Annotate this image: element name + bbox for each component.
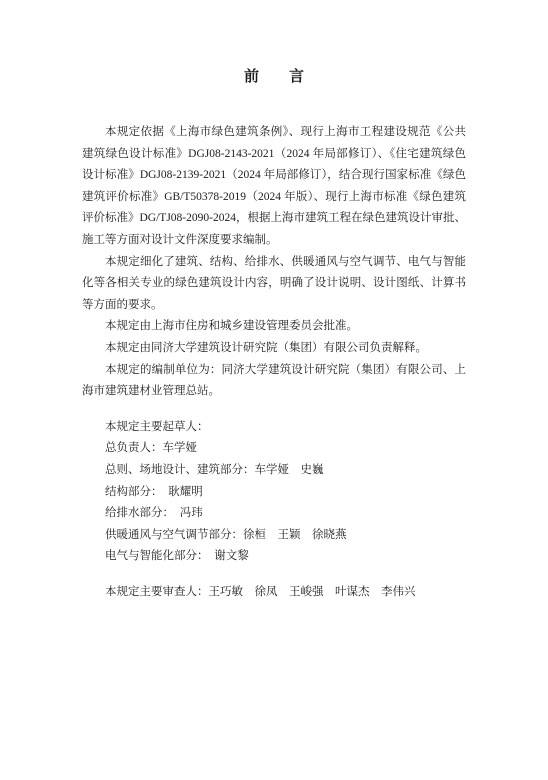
- paragraph-basis: 本规定依据《上海市绿色建筑条例》、现行上海市工程建设规范《公共建筑绿色设计标准》…: [82, 122, 466, 252]
- paragraph-approval: 本规定由上海市住房和城乡建设管理委员会批准。: [82, 316, 466, 338]
- paragraph-chief-director: 总负责人：车学娅: [82, 438, 466, 460]
- document-title: 前 言: [82, 66, 466, 88]
- document-page: 前 言 本规定依据《上海市绿色建筑条例》、现行上海市工程建设规范《公共建筑绿色设…: [0, 0, 548, 780]
- paragraph-architecture-section: 总则、场地设计、建筑部分：车学娅 史巍: [82, 460, 466, 482]
- paragraph-reviewers: 本规定主要审查人：王巧敏 徐凤 王峻强 叶谋杰 李伟兴: [82, 582, 466, 604]
- paragraph-scope: 本规定细化了建筑、结构、给排水、供暖通风与空气调节、电气与智能化等各相关专业的绿…: [82, 252, 466, 317]
- page-content: 前 言 本规定依据《上海市绿色建筑条例》、现行上海市工程建设规范《公共建筑绿色设…: [82, 0, 466, 603]
- paragraph-structure-section: 结构部分： 耿耀明: [82, 482, 466, 504]
- paragraph-drafters-heading: 本规定主要起草人：: [82, 417, 466, 439]
- paragraph-interpretation: 本规定由同济大学建筑设计研究院（集团）有限公司负责解释。: [82, 338, 466, 360]
- document-title-text: 前 言: [244, 69, 304, 85]
- paragraph-electrical-section: 电气与智能化部分： 谢文黎: [82, 546, 466, 568]
- paragraph-plumbing-section: 给排水部分： 冯玮: [82, 503, 466, 525]
- paragraph-hvac-section: 供暖通风与空气调节部分：徐桓 王颖 徐晓燕: [82, 525, 466, 547]
- paragraph-compiling-units: 本规定的编制单位为：同济大学建筑设计研究院（集团）有限公司、上海市建筑建材业管理…: [82, 360, 466, 403]
